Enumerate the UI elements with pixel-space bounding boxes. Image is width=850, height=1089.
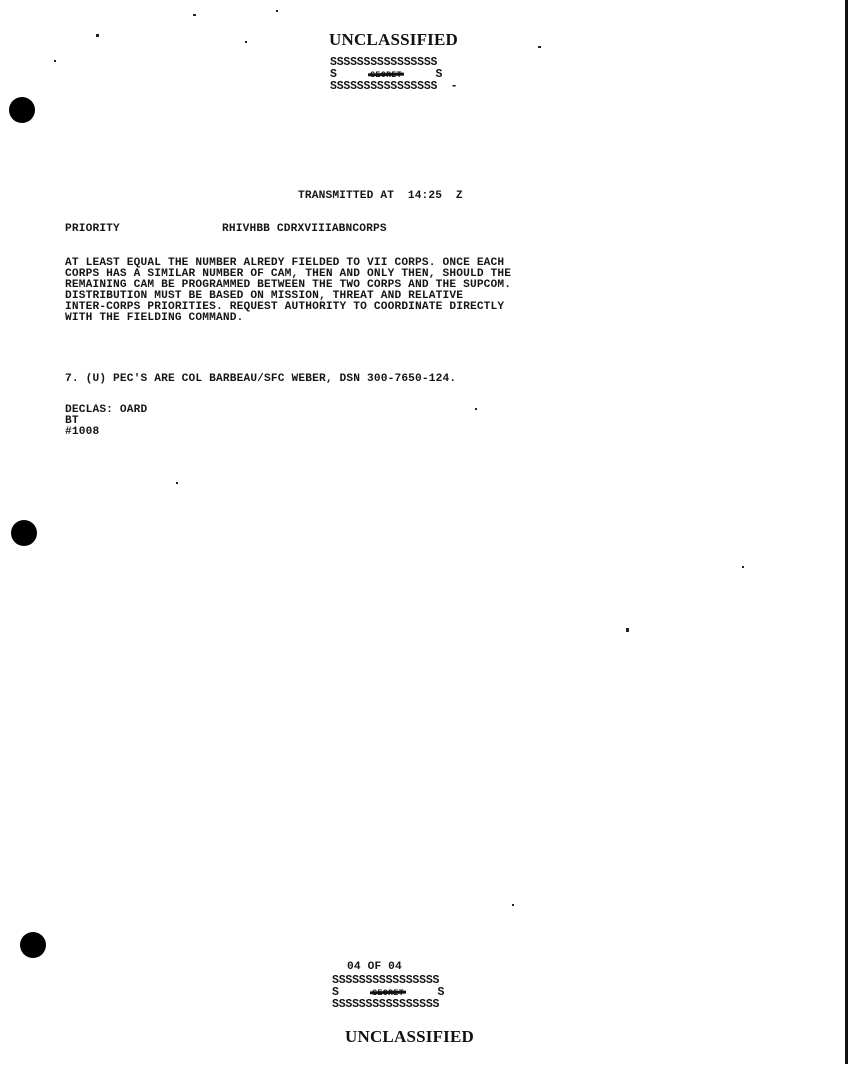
header-banner-top: SSSSSSSSSSSSSSSS (330, 57, 437, 68)
page-indicator: 04 OF 04 (347, 962, 402, 973)
precedence: PRIORITY (65, 224, 120, 235)
scan-speck (538, 46, 541, 48)
header-classification: UNCLASSIFIED (329, 30, 458, 50)
header-banner-bottom: SSSSSSSSSSSSSSSS - (330, 81, 457, 92)
scan-speck (626, 628, 629, 632)
scan-speck (276, 10, 278, 12)
scan-speck (512, 904, 514, 906)
footer-banner-top: SSSSSSSSSSSSSSSS (332, 975, 439, 986)
footer-banner-bottom: SSSSSSSSSSSSSSSS (332, 999, 439, 1010)
scan-speck (54, 60, 56, 62)
punch-hole-top (9, 97, 35, 123)
transmitted-line: TRANSMITTED AT 14:25 Z (298, 191, 463, 202)
page-edge-line (845, 0, 848, 1064)
message-number: #1008 (65, 427, 99, 438)
scan-speck (245, 41, 247, 43)
transmitted-zone: Z (456, 190, 463, 202)
punch-hole-middle (11, 520, 37, 546)
punch-hole-bottom (20, 932, 46, 958)
paragraph-7: 7. (U) PEC'S ARE COL BARBEAU/SFC WEBER, … (65, 374, 456, 385)
scan-speck (176, 482, 178, 484)
scan-speck (96, 34, 99, 37)
scan-speck (742, 566, 744, 568)
scan-speck (475, 408, 477, 410)
footer-classification: UNCLASSIFIED (345, 1027, 474, 1047)
transmitted-time: 14:25 (408, 190, 442, 202)
document-page: UNCLASSIFIED SSSSSSSSSSSSSSSS S SECRET S… (0, 0, 850, 1089)
transmitted-label: TRANSMITTED AT (298, 190, 394, 202)
body-line: WITH THE FIELDING COMMAND. (65, 313, 243, 324)
routing-indicator: RHIVHBB CDRXVIIIABNCORPS (222, 224, 387, 235)
scan-speck (193, 14, 196, 16)
